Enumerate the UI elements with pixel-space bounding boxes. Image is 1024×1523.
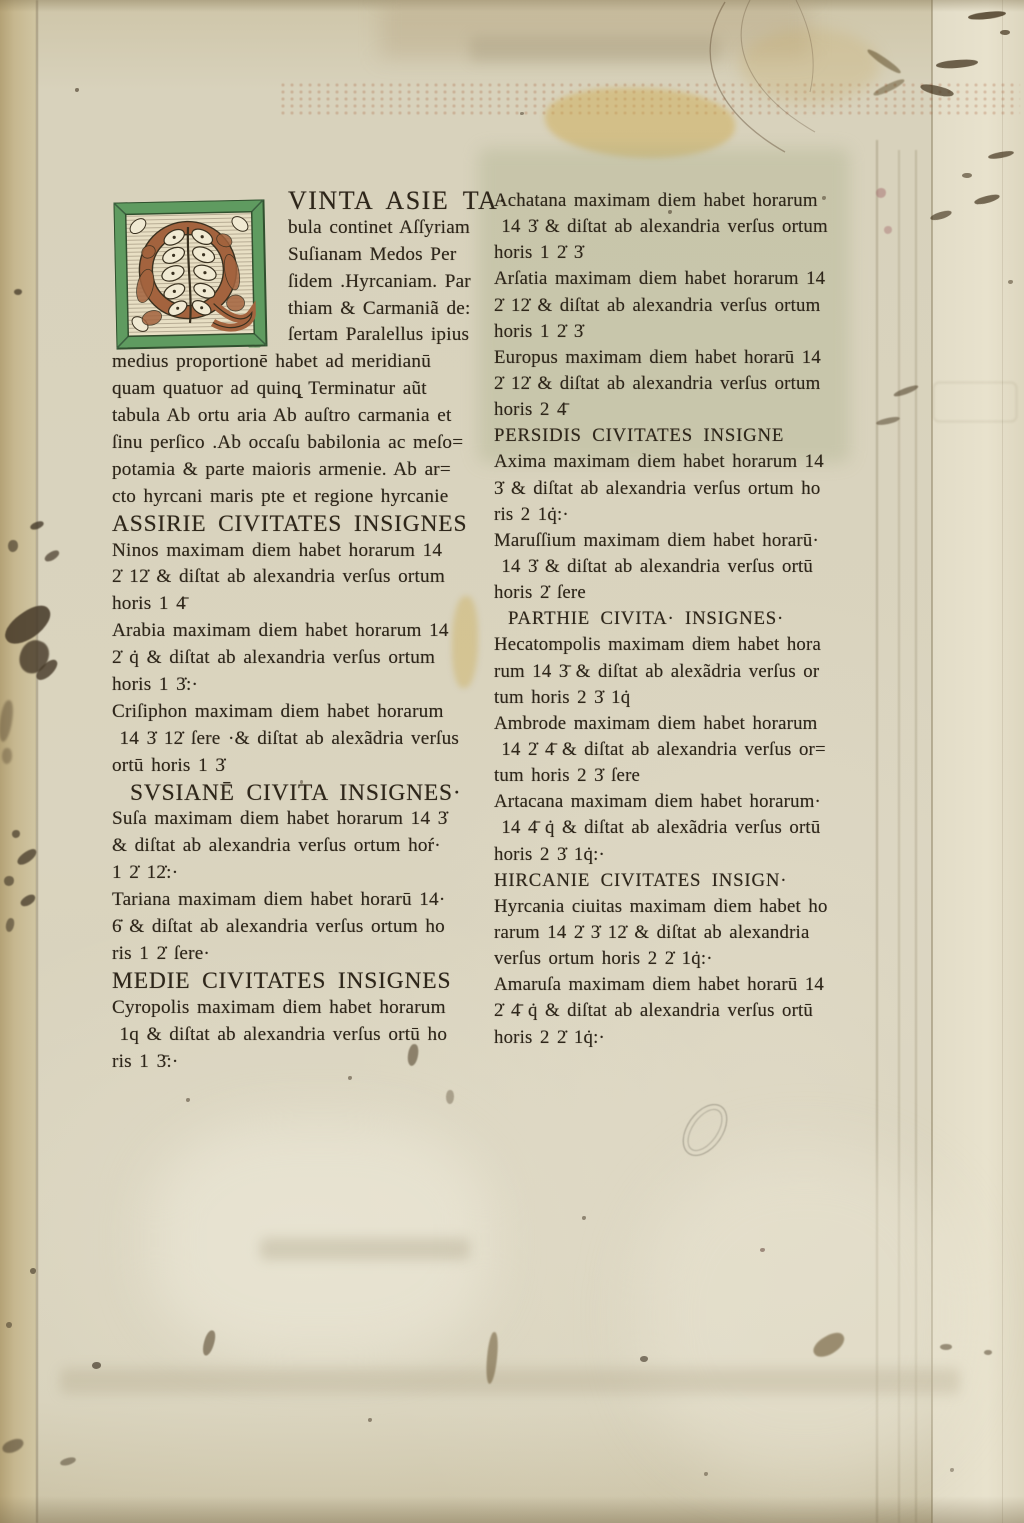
text-line: 6̇ & diſtat ab alexandria verſus ortum h… bbox=[112, 914, 484, 941]
stain-mark bbox=[59, 1456, 76, 1467]
text-line: rum 14 3̄ & diſtat ab alexãdria verſus o… bbox=[494, 659, 866, 685]
text-line: 2̇ q̇ & diſtat ab alexandria verſus ortu… bbox=[112, 645, 484, 672]
page-edge-line bbox=[1002, 0, 1003, 1523]
text-line: Tariana maximam diem habet horarū 14· bbox=[112, 887, 484, 914]
library-stamp-inner-ring bbox=[681, 1103, 730, 1157]
intro-line: VINTA ASIE TA· bbox=[288, 188, 484, 215]
text-line: 14 3̇ & diſtat ab alexandria verſus ortū bbox=[494, 554, 866, 580]
section-heading: SVSIANĒ CIVITA INSIGNES· bbox=[112, 780, 484, 807]
stain-mark bbox=[810, 1329, 848, 1362]
text-line: Axima maximam diem habet horarum 14 bbox=[494, 449, 866, 475]
stain-mark bbox=[520, 112, 524, 115]
text-line: horis 1 4̄ bbox=[112, 591, 484, 618]
section-heading: MEDIE CIVITATES INSIGNES bbox=[112, 968, 484, 995]
text-line: Ambrode maximam diem habet horarum bbox=[494, 711, 866, 737]
stain-mark bbox=[884, 226, 892, 234]
stain-mark bbox=[760, 1248, 765, 1252]
left-column: VINTA ASIE TA·bula continet AſſyriamSuſi… bbox=[112, 188, 484, 1075]
text-line: horis 1 3̇:· bbox=[112, 672, 484, 699]
text-line: 14 3̇ & diſtat ab alexandria verſus ortu… bbox=[494, 214, 866, 240]
text-line: horis 2̇ ſere bbox=[494, 580, 866, 606]
stain-light-patch bbox=[640, 1150, 970, 1480]
top-edge-shadow bbox=[0, 0, 1024, 12]
hair-fiber-marks bbox=[560, 0, 900, 180]
section-heading: ASSIRIE CIVITATES INSIGNES bbox=[112, 511, 484, 538]
section-heading: PARTHIE CIVITA· INSIGNES· bbox=[494, 606, 866, 632]
text-line: horis 1 2̇ 3̇ bbox=[494, 240, 866, 266]
page-edge-line bbox=[931, 0, 933, 1523]
text-line: & diſtat ab alexandria verſus ortum hoŕ· bbox=[112, 833, 484, 860]
text-line: Maruſſium maximam diem habet horarū· bbox=[494, 528, 866, 554]
intro-line: thiam & Carmaniã de: bbox=[288, 296, 484, 323]
text-line: horis 1 2̇ 3̇ bbox=[494, 319, 866, 345]
text-line: 1 2̇ 12̇:· bbox=[112, 860, 484, 887]
intro-line: Suſianam Medos Per bbox=[288, 242, 484, 269]
text-line: Amaruſa maximam diem habet horarū 14 bbox=[494, 972, 866, 998]
show-through-ghost-text bbox=[470, 36, 720, 62]
text-line: 2̇ 12̇ & diſtat ab alexandria verſus ort… bbox=[494, 293, 866, 319]
stain-mark bbox=[75, 88, 79, 92]
text-line: Arſatia maximam diem habet horarum 14 bbox=[494, 266, 866, 292]
stain-mark bbox=[872, 77, 906, 98]
text-line: horis 2 2̇ 1q̇:· bbox=[494, 1025, 866, 1051]
stain-mark bbox=[582, 1216, 586, 1220]
stain-mark bbox=[640, 1356, 648, 1362]
text-line: 2̇ 12̇ & diſtat ab alexandria verſus ort… bbox=[494, 371, 866, 397]
show-through-ghost-text bbox=[60, 1368, 960, 1394]
intro-line: cto hyrcani maris pte et regione hyrcani… bbox=[112, 484, 484, 511]
text-line: ris 1 3̄:· bbox=[112, 1049, 484, 1076]
intro-line: ſertam Paralellus ipius bbox=[288, 322, 484, 349]
text-line: 14 3̇ 12̇ ſere ·& diſtat ab alexãdria ve… bbox=[112, 726, 484, 753]
intro-line: tabula Ab ortu aria Ab auſtro carmania e… bbox=[112, 403, 484, 430]
text-line: Achatana maximam diem habet horarum bbox=[494, 188, 866, 214]
text-line: Artacana maximam diem habet horarum· bbox=[494, 789, 866, 815]
stain-yellow bbox=[740, 28, 880, 103]
stain-mark bbox=[876, 416, 901, 427]
vertical-crease bbox=[915, 150, 917, 1523]
stain-mark bbox=[446, 1090, 454, 1104]
section-heading: HIRCANIE CIVITATES INSIGN· bbox=[494, 868, 866, 894]
text-line: 14 2̇ 4̄ & diſtat ab alexandria verſus o… bbox=[494, 737, 866, 763]
intro-line: medius proportionē habet ad meridianū bbox=[112, 349, 484, 376]
text-line: 14 4̄ q̇ & diſtat ab alexãdria verſus or… bbox=[494, 815, 866, 841]
vertical-crease bbox=[898, 150, 900, 1523]
bottom-edge-shadow bbox=[0, 1496, 1024, 1523]
text-line: Cyropolis maximam diem habet horarum bbox=[112, 995, 484, 1022]
fore-edge-strip bbox=[932, 0, 1024, 1523]
book-page: Q VINTA ASIE TA·bula continet AſſyriamSu… bbox=[0, 0, 1024, 1523]
text-line: Europus maximam diem habet horarū 14 bbox=[494, 345, 866, 371]
text-line: Arabia maximam diem habet horarum 14 bbox=[112, 618, 484, 645]
stain-mark bbox=[348, 1076, 352, 1080]
intro-line: bula continet Aſſyriam bbox=[288, 215, 484, 242]
vertical-crease bbox=[876, 140, 878, 1523]
text-line: tum horis 2 3̇ ſere bbox=[494, 763, 866, 789]
text-line: rarum 14 2̇ 3̇ 12̇ & diſtat ab alexandri… bbox=[494, 920, 866, 946]
text-line: 3̇ & diſtat ab alexandria verſus ortum h… bbox=[494, 476, 866, 502]
show-through-ghost-text bbox=[260, 1238, 470, 1260]
text-line: 1q & diſtat ab alexandria verſus ortū ho bbox=[112, 1022, 484, 1049]
binding-gutter bbox=[0, 0, 36, 1523]
text-line: Hecatompolis maximam diem habet hora bbox=[494, 632, 866, 658]
stain-mark bbox=[186, 1098, 190, 1102]
gutter-crease bbox=[36, 0, 38, 1523]
text-line: 2̇ 12̇ & diſtat ab alexandria verſus ort… bbox=[112, 564, 484, 591]
text-line: Criſiphon maximam diem habet horarum bbox=[112, 699, 484, 726]
text-line: verſus ortum horis 2 2̇ 1q̇:· bbox=[494, 946, 866, 972]
text-line: Hyrcania ciuitas maximam diem habet ho bbox=[494, 894, 866, 920]
stain-yellow bbox=[545, 88, 735, 158]
text-line: tum horis 2 3̇ 1q̇ bbox=[494, 685, 866, 711]
intro-line: quam quatuor ad quinq̨ Terminatur aũt bbox=[112, 376, 484, 403]
stain-mark bbox=[704, 1472, 708, 1476]
intro-line: ſinu perſico .Ab occaſu babilonia ac meſ… bbox=[112, 430, 484, 457]
text-line: ortū horis 1 3̇ bbox=[112, 753, 484, 780]
stain-mark bbox=[368, 1418, 372, 1422]
stain-mark bbox=[866, 47, 903, 76]
text-line: horis 2 4̄ bbox=[494, 397, 866, 423]
text-line: horis 2 3̇ 1q̇:· bbox=[494, 842, 866, 868]
text-line: 2̇ 4̄ q̇ & diſtat ab alexandria verſus o… bbox=[494, 998, 866, 1024]
text-line: Suſa maximam diem habet horarum 14 3̇ bbox=[112, 806, 484, 833]
stain-mark bbox=[201, 1329, 217, 1357]
section-heading: PERSIDIS CIVITATES INSIGNE bbox=[494, 423, 866, 449]
intro-line: ſidem .Hyrcaniam. Par bbox=[288, 269, 484, 296]
text-line: Ninos maximam diem habet horarum 14 bbox=[112, 538, 484, 565]
library-stamp bbox=[674, 1096, 737, 1164]
text-line: ris 2 1q̇:· bbox=[494, 502, 866, 528]
stain-mark bbox=[43, 549, 61, 564]
stain-speckle-band bbox=[280, 82, 1020, 116]
show-through-ghost-box bbox=[933, 382, 1017, 422]
text-line: ris 1 2̇ ſere· bbox=[112, 941, 484, 968]
intro-line: potamia & parte maioris armenie. Ab ar= bbox=[112, 457, 484, 484]
right-column: Achatana maximam diem habet horarum 14 3… bbox=[494, 188, 866, 1051]
